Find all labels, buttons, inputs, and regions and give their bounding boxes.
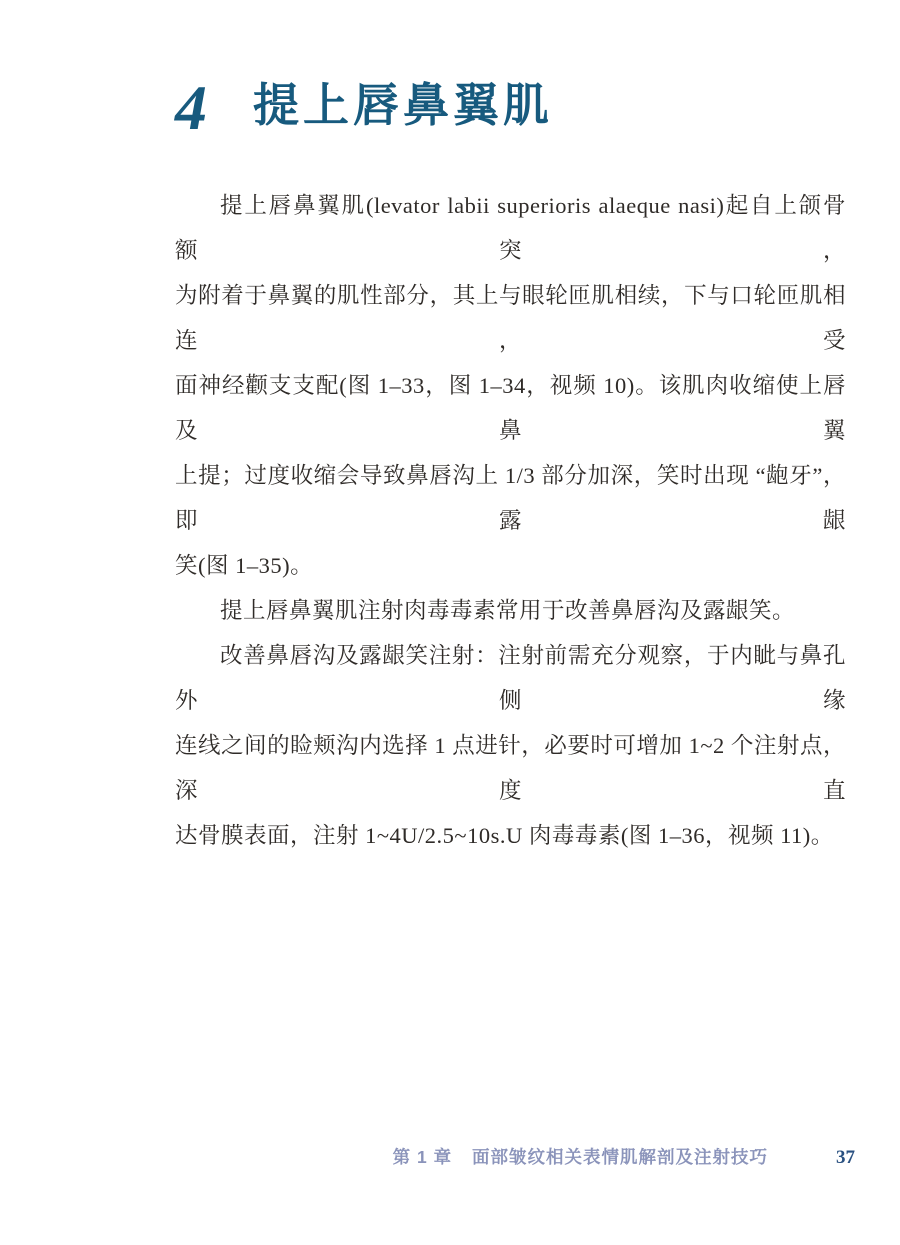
paragraph: 改善鼻唇沟及露龈笑注射：注射前需充分观察，于内眦与鼻孔外侧缘连线之间的睑颊沟内选…	[175, 633, 846, 858]
footer-page-number: 37	[836, 1147, 855, 1169]
book-page: 4 提上唇鼻翼肌 提上唇鼻翼肌(levator labii superioris…	[0, 0, 900, 1245]
footer-chapter-line: 第 1 章 面部皱纹相关表情肌解剖及注射技巧	[393, 1144, 768, 1169]
section-title: 提上唇鼻翼肌	[253, 72, 553, 138]
page-footer: 第 1 章 面部皱纹相关表情肌解剖及注射技巧 37	[393, 1144, 855, 1169]
paragraph-line: 连线之间的睑颊沟内选择 1 点进针，必要时可增加 1~2 个注射点，深度直	[175, 723, 846, 813]
paragraph-line: 改善鼻唇沟及露龈笑注射：注射前需充分观察，于内眦与鼻孔外侧缘	[175, 633, 846, 723]
footer-chapter-label: 第 1 章	[393, 1147, 452, 1167]
section-heading: 4 提上唇鼻翼肌	[175, 72, 553, 144]
paragraph-line: 上提；过度收缩会导致鼻唇沟上 1/3 部分加深，笑时出现 “龅牙”，即露龈	[175, 453, 846, 543]
paragraph-line: 提上唇鼻翼肌注射肉毒毒素常用于改善鼻唇沟及露龈笑。	[175, 588, 846, 633]
paragraph-line: 为附着于鼻翼的肌性部分，其上与眼轮匝肌相续，下与口轮匝肌相连，受	[175, 273, 846, 363]
paragraph: 提上唇鼻翼肌注射肉毒毒素常用于改善鼻唇沟及露龈笑。	[175, 588, 846, 633]
paragraph-line: 提上唇鼻翼肌(levator labii superioris alaeque …	[175, 183, 846, 273]
footer-chapter-title: 面部皱纹相关表情肌解剖及注射技巧	[472, 1147, 768, 1167]
paragraph-line: 面神经颧支支配(图 1–33，图 1–34，视频 10)。该肌肉收缩使上唇及鼻翼	[175, 363, 846, 453]
paragraph-line: 达骨膜表面，注射 1~4U/2.5~10s.U 肉毒毒素(图 1–36，视频 1…	[175, 813, 846, 858]
body-text: 提上唇鼻翼肌(levator labii superioris alaeque …	[175, 183, 846, 858]
paragraph: 提上唇鼻翼肌(levator labii superioris alaeque …	[175, 183, 846, 588]
paragraph-line: 笑(图 1–35)。	[175, 543, 846, 588]
section-number: 4	[175, 72, 207, 144]
